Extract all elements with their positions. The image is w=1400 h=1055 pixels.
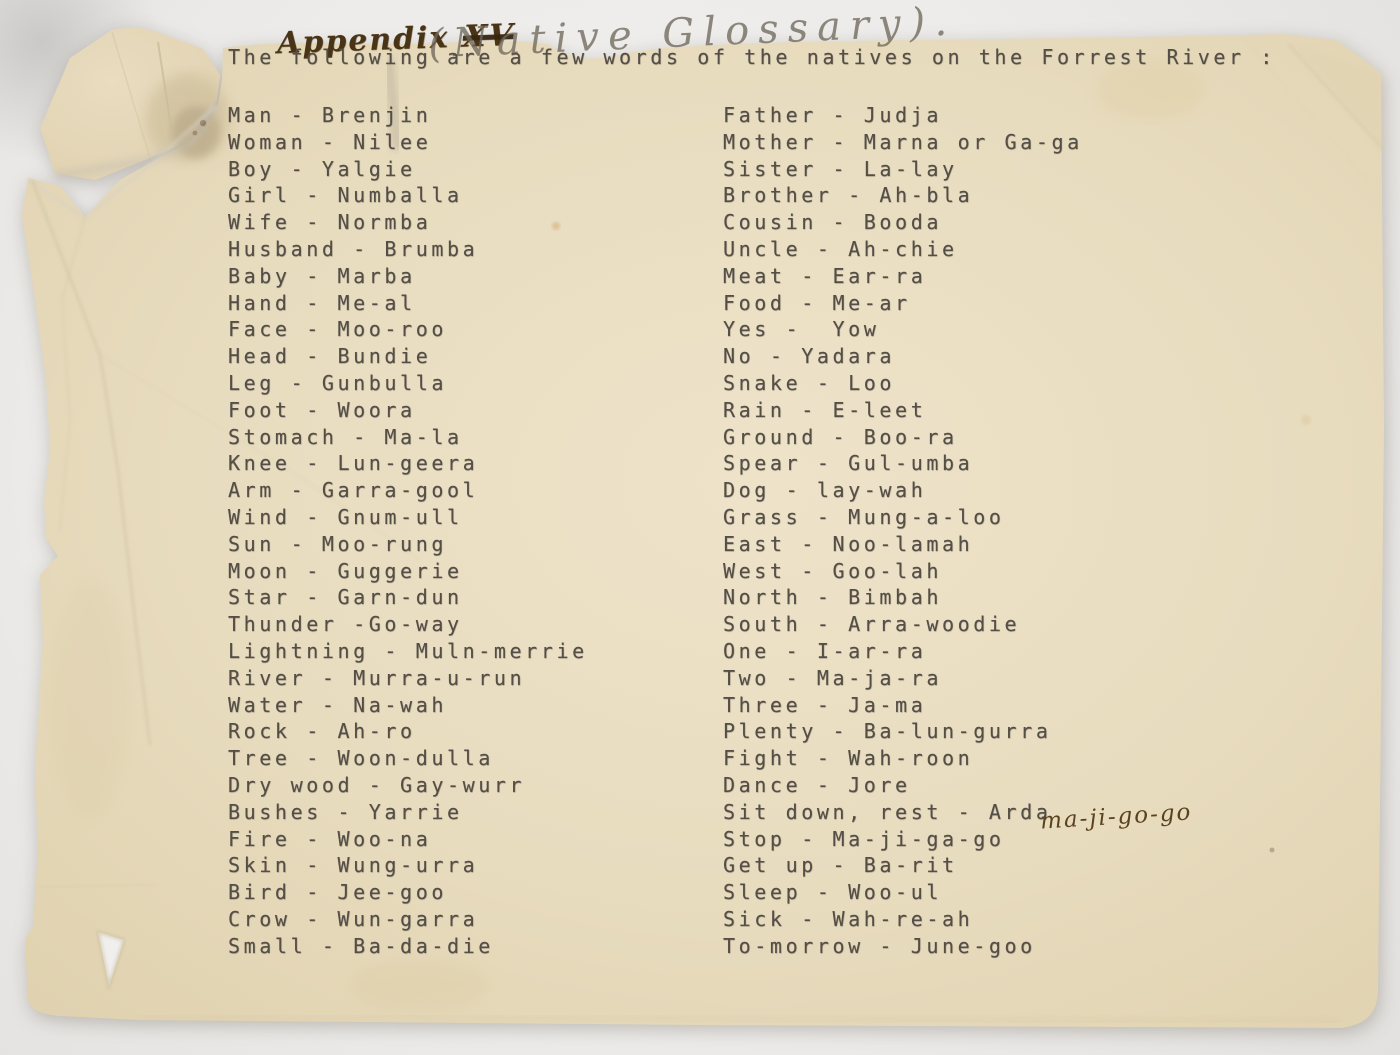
glossary-entry: Father - Judja: [723, 102, 1083, 129]
glossary-entry: Water - Na-wah: [228, 692, 588, 719]
glossary-entry: One - I-ar-ra: [723, 638, 1083, 665]
glossary-entry: Brother - Ah-bla: [723, 182, 1083, 209]
paper-stain: [50, 580, 130, 820]
glossary-entry: Rain - E-leet: [723, 397, 1083, 424]
glossary-entry: Stop - Ma-ji-ga-go: [723, 826, 1083, 853]
glossary-entry: Woman - Nilee: [228, 129, 588, 156]
glossary-entry: Foot - Woora: [228, 397, 588, 424]
glossary-entry: Cousin - Booda: [723, 209, 1083, 236]
typed-heading: The following are a few words of the nat…: [228, 44, 1276, 71]
glossary-entry: Sick - Wah-re-ah: [723, 906, 1083, 933]
glossary-entry: East - Noo-lamah: [723, 531, 1083, 558]
glossary-entry: Ground - Boo-ra: [723, 424, 1083, 451]
paper-speck: [1301, 415, 1311, 425]
glossary-entry: Head - Bundie: [228, 343, 588, 370]
glossary-entry: Leg - Gunbulla: [228, 370, 588, 397]
glossary-entry: North - Bimbah: [723, 584, 1083, 611]
glossary-entry: South - Arra-woodie: [723, 611, 1083, 638]
glossary-entry: Knee - Lun-geera: [228, 450, 588, 477]
glossary-entry: Food - Me-ar: [723, 290, 1083, 317]
glossary-entry: Snake - Loo: [723, 370, 1083, 397]
glossary-entry: Plenty - Ba-lun-gurra: [723, 718, 1083, 745]
glossary-entry: Wind - Gnum-ull: [228, 504, 588, 531]
glossary-entry: Girl - Numballa: [228, 182, 588, 209]
glossary-entry: River - Murra-u-run: [228, 665, 588, 692]
glossary-entry: Dance - Jore: [723, 772, 1083, 799]
glossary-entry: Face - Moo-roo: [228, 316, 588, 343]
glossary-entry: Star - Garn-dun: [228, 584, 588, 611]
paper-artwork: [0, 0, 1400, 1055]
glossary-entry: Sun - Moo-rung: [228, 531, 588, 558]
glossary-entry: Yes - Yow: [723, 316, 1083, 343]
glossary-entry: Sit down, rest - Arda: [723, 799, 1083, 826]
glossary-entry: Spear - Gul-umba: [723, 450, 1083, 477]
glossary-entry: Boy - Yalgie: [228, 156, 588, 183]
glossary-entry: Stomach - Ma-la: [228, 424, 588, 451]
glossary-entry: Man - Brenjin: [228, 102, 588, 129]
glossary-entry: Hand - Me-al: [228, 290, 588, 317]
glossary-entry: Fire - Woo-na: [228, 826, 588, 853]
glossary-entry: Get up - Ba-rit: [723, 852, 1083, 879]
glossary-entry: Mother - Marna or Ga-ga: [723, 129, 1083, 156]
glossary-entry: To-morrow - June-goo: [723, 933, 1083, 960]
glossary-entry: Small - Ba-da-die: [228, 933, 588, 960]
glossary-entry: Grass - Mung-a-loo: [723, 504, 1083, 531]
glossary-entry: Fight - Wah-roon: [723, 745, 1083, 772]
paper-stain: [350, 959, 490, 1011]
paper-speck: [1270, 848, 1275, 853]
glossary-entry: Meat - Ear-ra: [723, 263, 1083, 290]
glossary-entry: Dry wood - Gay-wurr: [228, 772, 588, 799]
glossary-entry: Wife - Normba: [228, 209, 588, 236]
glossary-entry: Bird - Jee-goo: [228, 879, 588, 906]
glossary-entry: Two - Ma-ja-ra: [723, 665, 1083, 692]
glossary-column-left: Man - BrenjinWoman - NileeBoy - YalgieGi…: [228, 102, 588, 960]
glossary-entry: Uncle - Ah-chie: [723, 236, 1083, 263]
glossary-entry: Bushes - Yarrie: [228, 799, 588, 826]
glossary-entry: Skin - Wung-urra: [228, 852, 588, 879]
glossary-entry: Thunder -Go-way: [228, 611, 588, 638]
glossary-entry: Sister - La-lay: [723, 156, 1083, 183]
glossary-entry: Moon - Guggerie: [228, 558, 588, 585]
glossary-entry: Tree - Woon-dulla: [228, 745, 588, 772]
glossary-entry: Dog - lay-wah: [723, 477, 1083, 504]
glossary-entry: Sleep - Woo-ul: [723, 879, 1083, 906]
glossary-entry: Three - Ja-ma: [723, 692, 1083, 719]
glossary-entry: Husband - Brumba: [228, 236, 588, 263]
scan-background: AppendixXV (Native Glossary). The follow…: [0, 0, 1400, 1055]
glossary-entry: Arm - Garra-gool: [228, 477, 588, 504]
glossary-entry: Lightning - Muln-merrie: [228, 638, 588, 665]
glossary-entry: Baby - Marba: [228, 263, 588, 290]
glossary-entry: No - Yadara: [723, 343, 1083, 370]
glossary-entry: West - Goo-lah: [723, 558, 1083, 585]
glossary-entry: Rock - Ah-ro: [228, 718, 588, 745]
paper-sheet: [22, 34, 1384, 1028]
glossary-entry: Crow - Wun-garra: [228, 906, 588, 933]
glossary-column-right: Father - JudjaMother - Marna or Ga-gaSis…: [723, 102, 1083, 960]
